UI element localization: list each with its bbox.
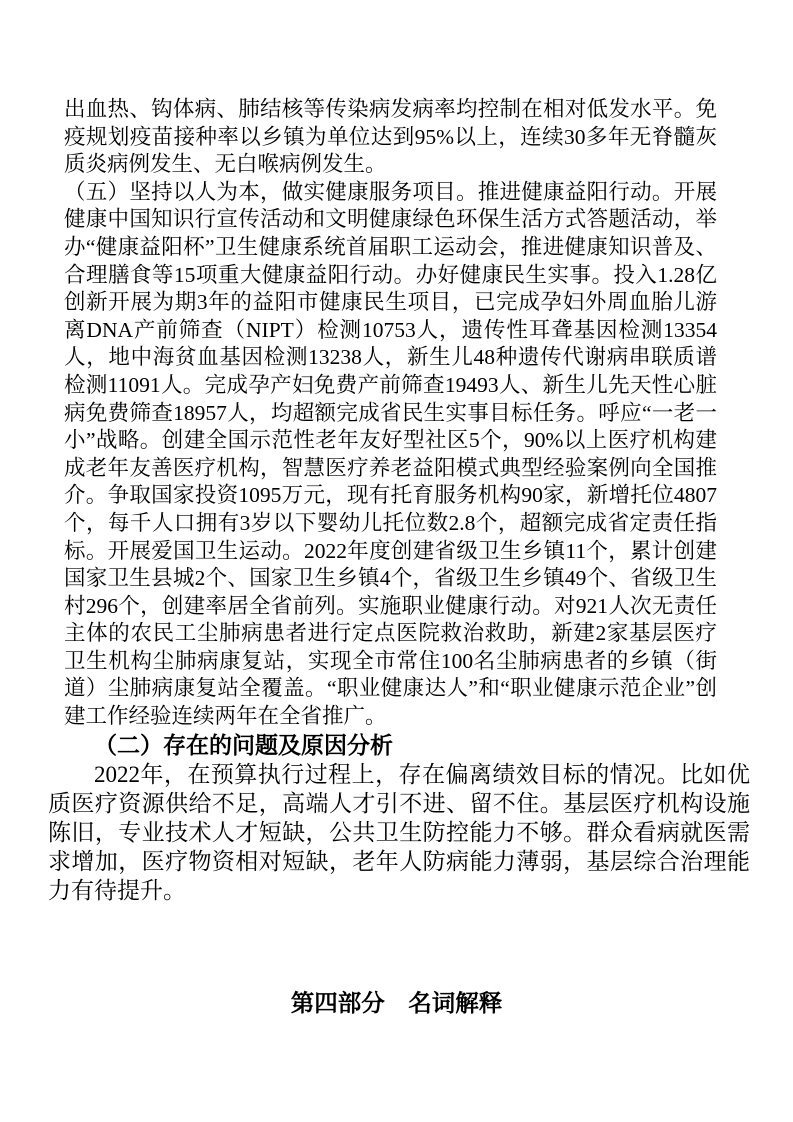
problems-analysis-heading: （二）存在的问题及原因分析 [48, 731, 750, 760]
continuation-paragraph: 出血热、钩体病、肺结核等传染病发病率均控制在相对低发水平。免疫规划疫苗接种率以乡… [64, 96, 717, 179]
problems-section: （二）存在的问题及原因分析 2022年，在预算执行过程上，存在偏离绩效目标的情况… [48, 731, 750, 905]
document-page: 出血热、钩体病、肺结核等传染病发病率均控制在相对低发水平。免疫规划疫苗接种率以乡… [0, 0, 793, 1122]
part-four-heading: 第四部分 名词解释 [0, 989, 793, 1019]
summary-section: 出血热、钩体病、肺结核等传染病发病率均控制在相对低发水平。免疫规划疫苗接种率以乡… [64, 96, 717, 731]
item-five-paragraph: （五）坚持以人为本，做实健康服务项目。推进健康益阳行动。开展健康中国知识行宣传活… [64, 179, 717, 731]
problems-paragraph: 2022年，在预算执行过程上，存在偏离绩效目标的情况。比如优质医疗资源供给不足，… [48, 760, 750, 905]
